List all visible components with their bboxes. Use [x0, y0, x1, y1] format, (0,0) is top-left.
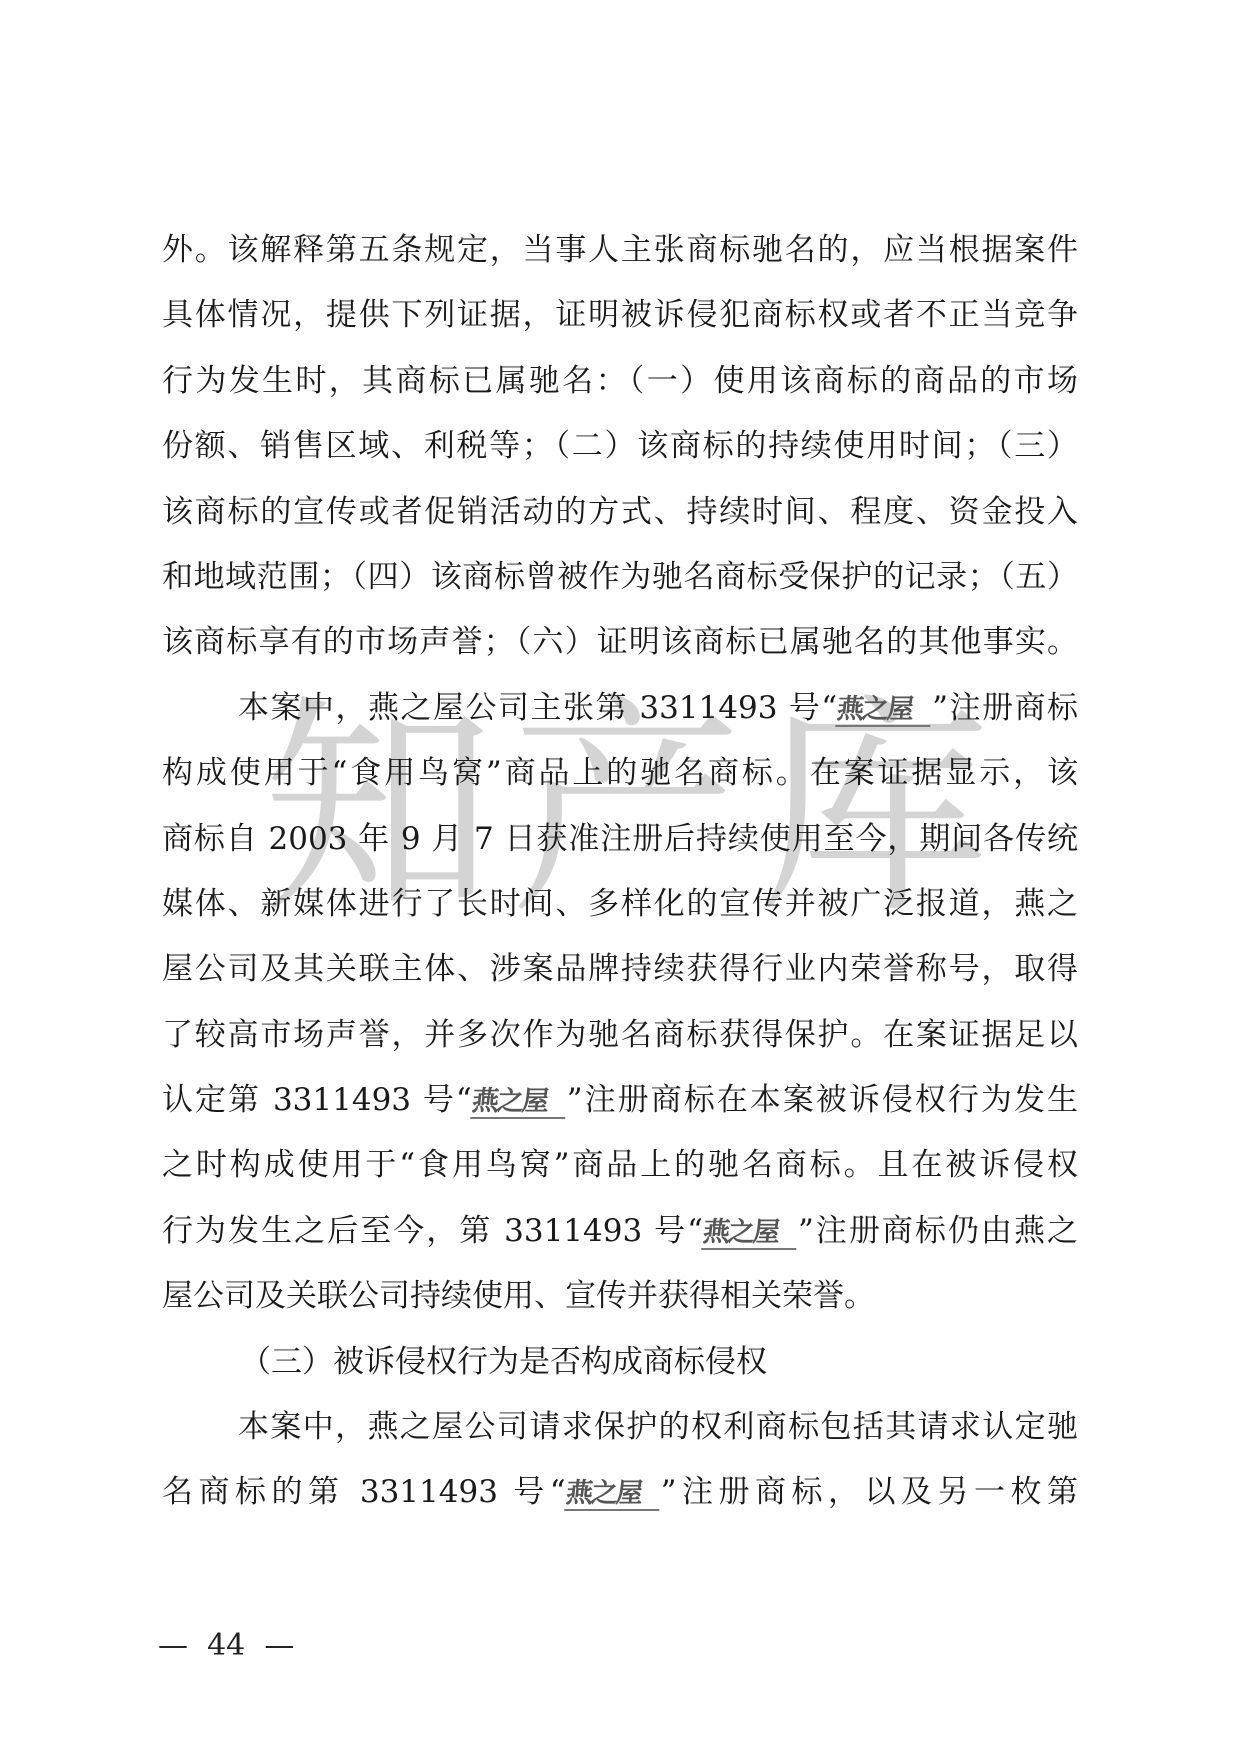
text-line: 和地域范围；（四）该商标曾被作为驰名商标受保护的记录；（五） — [162, 545, 1078, 610]
text-line: 商标自 2003 年 9 月 7 日获准注册后持续使用至今，期间各传统 — [162, 807, 1078, 872]
text-segment: 行为发生之后至今，第 3311493 号“ — [162, 1213, 703, 1249]
paragraph-end-line: 屋公司及关联公司持续使用、宣传并获得相关荣誉。 — [162, 1264, 1078, 1329]
text-line: 该商标享有的市场声誉；（六）证明该商标已属驰名的其他事实。 — [162, 610, 1078, 675]
text-segment: 了较高市场声誉，并多次作为驰名商标获得保护。在案证据足以 — [162, 1017, 1078, 1053]
text-segment: 该商标享有的市场声誉；（六）证明该商标已属驰名的其他事实。 — [162, 624, 1078, 660]
text-segment: 和地域范围；（四）该商标曾被作为驰名商标受保护的记录；（五） — [162, 559, 1078, 595]
text-line: 名商标的第 3311493 号“燕之屋”注册商标，以及另一枚第 — [162, 1460, 1078, 1525]
text-segment: ”注册商标仍由燕之 — [798, 1213, 1078, 1249]
text-line: 外。该解释第五条规定，当事人主张商标驰名的，应当根据案件 — [162, 218, 1078, 283]
text-line: 媒体、新媒体进行了长时间、多样化的宣传并被广泛报道，燕之 — [162, 872, 1078, 937]
trademark-logo: 燕之屋 — [836, 696, 934, 723]
text-segment: 认定第 3311493 号“ — [162, 1082, 472, 1118]
page-number: — 44 — — [158, 1628, 294, 1663]
text-line: 构成使用于“食用鸟窝”商品上的驰名商标。在案证据显示，该 — [162, 741, 1078, 806]
text-line: 行为发生之后至今，第 3311493 号“燕之屋”注册商标仍由燕之 — [162, 1199, 1078, 1264]
text-line: 屋公司及其关联主体、涉案品牌持续获得行业内荣誉称号，取得 — [162, 937, 1078, 1002]
text-segment: 名商标的第 3311493 号“ — [162, 1474, 566, 1510]
document-page: 知产库 外。该解释第五条规定，当事人主张商标驰名的，应当根据案件 具体情况，提供… — [0, 0, 1240, 1753]
text-segment: 商标自 2003 年 9 月 7 日获准注册后持续使用至今，期间各传统 — [162, 821, 1078, 857]
text-segment: ”注册商标，以及另一枚第 — [661, 1474, 1078, 1510]
paragraph-start-line: 本案中，燕之屋公司请求保护的权利商标包括其请求认定驰 — [162, 1395, 1078, 1460]
text-segment: 之时构成使用于“食用鸟窝”商品上的驰名商标。且在被诉侵权 — [162, 1147, 1078, 1183]
trademark-logo: 燕之屋 — [702, 1219, 800, 1246]
section-heading-text: （三）被诉侵权行为是否构成商标侵权 — [240, 1344, 767, 1380]
text-segment: 行为发生时，其商标已属驰名：（一）使用该商标的商品的市场 — [162, 363, 1078, 399]
text-segment: 屋公司及关联公司持续使用、宣传并获得相关荣誉。 — [162, 1278, 875, 1314]
paragraph-start-line: 本案中，燕之屋公司主张第 3311493 号“燕之屋”注册商标 — [162, 676, 1078, 741]
trademark-logo: 燕之屋 — [564, 1480, 662, 1507]
text-line: 具体情况，提供下列证据，证明被诉侵犯商标权或者不正当竞争 — [162, 283, 1078, 348]
text-line: 行为发生时，其商标已属驰名：（一）使用该商标的商品的市场 — [162, 349, 1078, 414]
section-heading: （三）被诉侵权行为是否构成商标侵权 — [162, 1330, 1078, 1395]
text-segment: 媒体、新媒体进行了长时间、多样化的宣传并被广泛报道，燕之 — [162, 886, 1078, 922]
text-segment: 具体情况，提供下列证据，证明被诉侵犯商标权或者不正当竞争 — [162, 297, 1078, 333]
trademark-logo: 燕之屋 — [470, 1088, 568, 1115]
text-segment: 该商标的宣传或者促销活动的方式、持续时间、程度、资金投入 — [162, 494, 1078, 530]
text-line: 了较高市场声誉，并多次作为驰名商标获得保护。在案证据足以 — [162, 1003, 1078, 1068]
text-line: 之时构成使用于“食用鸟窝”商品上的驰名商标。且在被诉侵权 — [162, 1133, 1078, 1198]
text-line: 认定第 3311493 号“燕之屋”注册商标在本案被诉侵权行为发生 — [162, 1068, 1078, 1133]
text-segment: 屋公司及其关联主体、涉案品牌持续获得行业内荣誉称号，取得 — [162, 951, 1078, 987]
text-segment: 构成使用于“食用鸟窝”商品上的驰名商标。在案证据显示，该 — [162, 755, 1078, 791]
text-segment: ”注册商标在本案被诉侵权行为发生 — [567, 1082, 1078, 1118]
text-segment: ”注册商标 — [932, 690, 1078, 726]
text-segment: 本案中，燕之屋公司主张第 3311493 号“ — [238, 690, 837, 726]
text-line: 该商标的宣传或者促销活动的方式、持续时间、程度、资金投入 — [162, 480, 1078, 545]
text-segment: 份额、销售区域、利税等；（二）该商标的持续使用时间；（三） — [162, 428, 1078, 464]
text-segment: 本案中，燕之屋公司请求保护的权利商标包括其请求认定驰 — [238, 1409, 1078, 1445]
text-line: 份额、销售区域、利税等；（二）该商标的持续使用时间；（三） — [162, 414, 1078, 479]
body-text: 外。该解释第五条规定，当事人主张商标驰名的，应当根据案件 具体情况，提供下列证据… — [162, 218, 1078, 1526]
text-segment: 外。该解释第五条规定，当事人主张商标驰名的，应当根据案件 — [162, 232, 1078, 268]
